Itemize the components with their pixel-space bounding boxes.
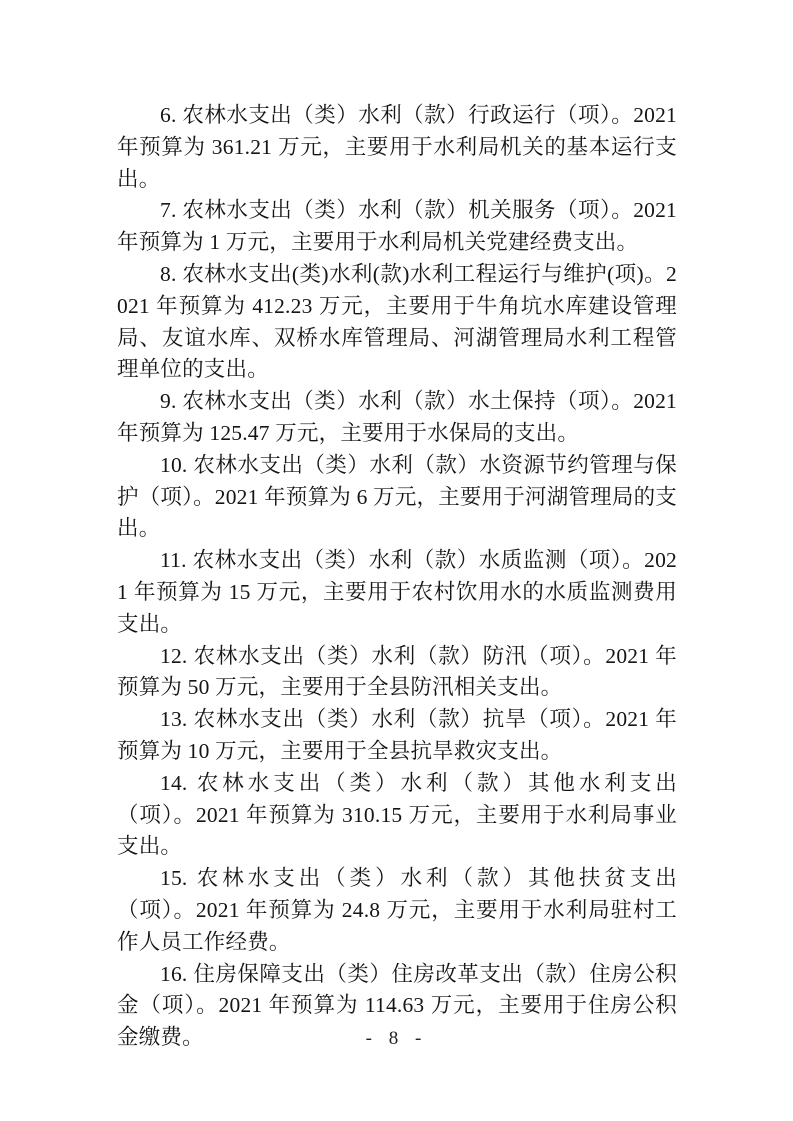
paragraph-11: 11. 农林水支出（类）水利（款）水质监测（项）。2021 年预算为 15 万元… [117,545,677,640]
paragraph-6: 6. 农林水支出（类）水利（款）行政运行（项）。2021 年预算为 361.21… [117,100,677,195]
paragraph-15: 15. 农林水支出（类）水利（款）其他扶贫支出（项）。2021 年预算为 24.… [117,863,677,958]
paragraph-8: 8. 农林水支出(类)水利(款)水利工程运行与维护(项)。2021 年预算为 4… [117,259,677,386]
document-body: 6. 农林水支出（类）水利（款）行政运行（项）。2021 年预算为 361.21… [117,100,677,1054]
paragraph-10: 10. 农林水支出（类）水利（款）水资源节约管理与保护（项）。2021 年预算为… [117,450,677,545]
document-page: 6. 农林水支出（类）水利（款）行政运行（项）。2021 年预算为 361.21… [0,0,793,1121]
paragraph-14: 14. 农林水支出（类）水利（款）其他水利支出（项）。2021 年预算为 310… [117,768,677,863]
paragraph-13: 13. 农林水支出（类）水利（款）抗旱（项）。2021 年预算为 10 万元，主… [117,704,677,768]
paragraph-12: 12. 农林水支出（类）水利（款）防汛（项）。2021 年预算为 50 万元，主… [117,641,677,705]
page-number: - 8 - [0,1028,793,1050]
paragraph-9: 9. 农林水支出（类）水利（款）水土保持（项）。2021 年预算为 125.47… [117,386,677,450]
paragraph-7: 7. 农林水支出（类）水利（款）机关服务（项）。2021 年预算为 1 万元，主… [117,195,677,259]
